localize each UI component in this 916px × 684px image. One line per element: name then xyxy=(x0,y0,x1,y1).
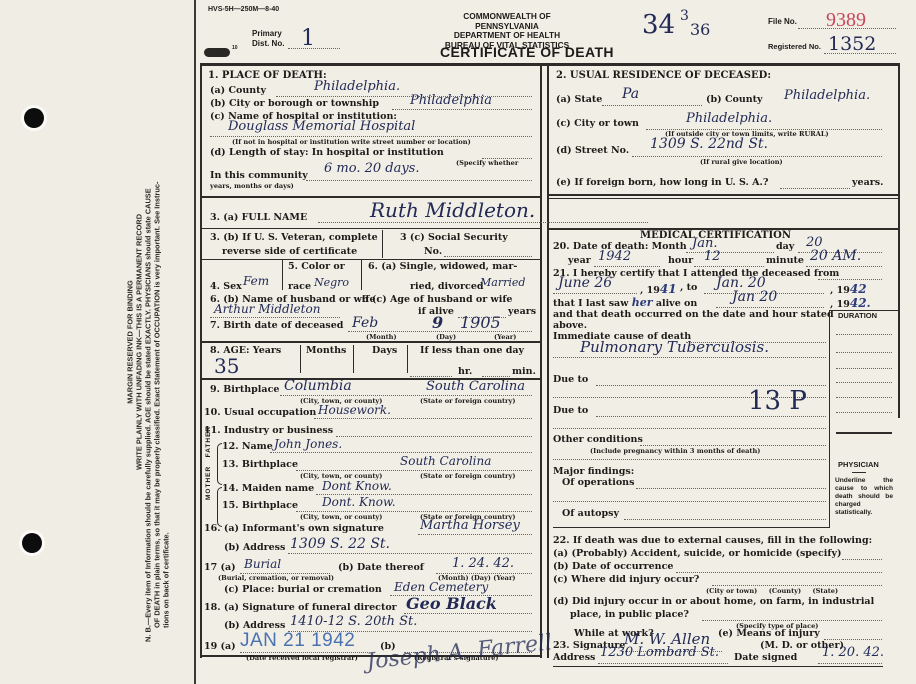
mother-maiden-value: Dont Know. xyxy=(322,479,392,493)
less-than-day-label: If less than one day xyxy=(420,345,524,356)
immediate-cause-value: Pulmonary Tuberculosis. xyxy=(580,338,769,356)
mother-birthplace-value: Dont. Know. xyxy=(322,495,396,509)
death-hour-value: 12 xyxy=(704,249,721,264)
street-label: (d) Street No. xyxy=(556,145,629,156)
specify-note: (Specify whether xyxy=(456,159,518,167)
binding-margin: MARGIN RESERVED FOR BINDING WRITE PLAINL… xyxy=(0,0,196,684)
death-city-value: Philadelphia xyxy=(410,93,492,108)
informant-signature-value: Martha Horsey xyxy=(420,518,520,533)
external-a-label: (a) (Probably) Accident, suicide, or hom… xyxy=(553,548,841,559)
from-year-group: , 1941 xyxy=(640,282,677,296)
primary-label: Primary xyxy=(252,29,282,38)
informant-signature-label: 16. (a) Informant's own signature xyxy=(204,523,384,534)
due-to-2-value: 13 P xyxy=(748,386,807,416)
spouse-age-label: 6 (c) Age of husband or wife xyxy=(362,294,512,305)
ssn-label: 3 (c) Social Security xyxy=(400,232,508,243)
handwritten-code-sub: 36 xyxy=(690,20,710,39)
registrar-date-note: (Date received local registrar) xyxy=(246,654,358,662)
birthplace-label: 9. Birthplace xyxy=(210,384,279,395)
burial-place-label: (c) Place: burial or cremation xyxy=(224,584,382,595)
date-signed-value: 1. 20. 42. xyxy=(822,645,884,660)
marital-label: 6. (a) Single, widowed, mar- xyxy=(368,261,517,272)
physician-address-value: 1230 Lombard St. xyxy=(600,645,719,660)
union-mark: 10 xyxy=(232,45,238,51)
occupation-label: 10. Usual occupation xyxy=(204,407,316,418)
father-birthplace-label: 13. Birthplace xyxy=(222,459,298,470)
full-name-label: 3. (a) FULL NAME xyxy=(210,212,307,223)
full-name-value: Ruth Middleton. xyxy=(370,198,535,222)
day-note: (Day) xyxy=(436,333,456,341)
min-label: min. xyxy=(512,366,536,377)
informant-address-label: (b) Address xyxy=(224,542,285,553)
burial-date-label: (b) Date thereof xyxy=(338,562,424,573)
community-label: In this community xyxy=(210,170,308,181)
spouse-years-label: years xyxy=(508,306,536,317)
parents-side-label: MOTHER FATHER xyxy=(205,426,212,500)
external-c-label: (c) Where did injury occur? xyxy=(553,574,699,585)
foreign-born-label: (e) If foreign born, how long in U. S. A… xyxy=(556,177,768,188)
file-no-label: File No. xyxy=(768,17,797,26)
minute-label: minute xyxy=(766,255,804,266)
month-note: (Month) xyxy=(366,333,397,341)
margin-line-2: WRITE PLAINLY WITH UNFADING INK—THIS IS … xyxy=(135,42,144,642)
residence-state-label: (a) State xyxy=(556,94,602,105)
document-title: CERTIFICATE OF DEATH xyxy=(440,44,614,60)
funeral-director-value: Geo Black xyxy=(406,594,497,613)
ssn-no-label: No. xyxy=(424,246,442,257)
burial-date-value: 1. 24. 42. xyxy=(452,556,514,571)
sex-label: 4. Sex xyxy=(210,281,242,292)
margin-line-5: tions on back of certificate. xyxy=(162,42,171,642)
external-causes-heading: 22. If death was due to external causes,… xyxy=(553,535,872,546)
registrar-signature: Joseph A. Farrell xyxy=(365,630,553,674)
age-days-label: Days xyxy=(372,345,397,356)
means-of-injury-label: (e) Means of injury xyxy=(718,628,820,639)
marital-value: Married xyxy=(480,276,525,289)
residence-heading: 2. USUAL RESIDENCE OF DECEASED: xyxy=(556,70,771,81)
external-d-label-2: place, in public place? xyxy=(570,609,689,620)
birth-year-value: 1905 xyxy=(460,313,501,332)
hospital-value: Douglass Memorial Hospital xyxy=(228,119,415,134)
burial-place-value: Eden Cemetery xyxy=(394,580,488,594)
death-certificate: MARGIN RESERVED FOR BINDING WRITE PLAINL… xyxy=(0,0,916,684)
mother-maiden-label: 14. Maiden name xyxy=(222,483,314,494)
margin-line-3: N. B.—Every item of Information should b… xyxy=(144,42,153,642)
operations-label: Of operations xyxy=(562,477,634,488)
spouse-name-value: Arthur Middleton xyxy=(214,302,320,316)
birth-day-value: 9 xyxy=(432,313,443,332)
father-birthplace-state-value: South Carolina xyxy=(400,454,491,468)
duration-label: DURATION xyxy=(838,311,877,320)
due-to-2-label: Due to xyxy=(553,405,588,416)
external-d-label: (d) Did injury occur in or about home, o… xyxy=(553,596,874,607)
units-note: years, months or days) xyxy=(210,182,294,190)
form-code: HVS-5H—250M—8-40 xyxy=(208,6,279,13)
punch-hole-bottom xyxy=(22,533,42,553)
registrar-date-label: 19 (a) xyxy=(204,641,236,652)
death-city-label: (b) City or borough or township xyxy=(210,98,379,109)
residence-city-value: Philadelphia. xyxy=(686,111,772,126)
age-months-label: Months xyxy=(306,345,346,356)
registrar-date-stamp: JAN 21 1942 xyxy=(240,630,355,652)
handwritten-code: 34 xyxy=(642,10,675,40)
registered-no-label: Registered No. xyxy=(768,42,821,51)
external-b-label: (b) Date of occurrence xyxy=(553,561,673,572)
last-saw-year-group: , 1942. xyxy=(830,296,871,310)
informant-address-value: 1309 S. 22 St. xyxy=(290,536,390,552)
day-label: day xyxy=(776,241,794,252)
funeral-director-label: 18. (a) Signature of funeral director xyxy=(204,602,397,613)
veteran-label-2: reverse side of certificate xyxy=(222,246,357,257)
to-year-group: , 1942 xyxy=(830,282,867,296)
community-value: 6 mo. 20 days. xyxy=(324,161,420,176)
birthplace-state-value: South Carolina xyxy=(426,379,525,394)
external-c-note: (City or town) (County) (State) xyxy=(706,587,838,595)
residence-county-label: (b) County xyxy=(706,94,763,105)
authority-line-1: COMMONWEALTH OF PENNSYLVANIA xyxy=(432,12,582,31)
death-minute-value: 20 AM. xyxy=(810,248,861,264)
burial-type-note: (Burial, cremation, or removal) xyxy=(218,574,334,582)
above-label: above. xyxy=(553,320,587,331)
director-address-value: 1410-12 S. 20th St. xyxy=(290,614,417,629)
father-state-note: (State or foreign country) xyxy=(420,472,515,480)
hour-label: hour xyxy=(668,255,693,266)
last-saw-group: that I last saw her alive on xyxy=(553,296,697,309)
mother-birthplace-label: 15. Birthplace xyxy=(222,500,298,511)
sex-value: Fem xyxy=(243,274,269,288)
residence-county-value: Philadelphia. xyxy=(784,88,870,103)
birth-month-value: Feb xyxy=(352,315,378,331)
attended-from-value: June 26 xyxy=(558,275,612,291)
physician-address-label: Address xyxy=(553,652,595,663)
other-conditions-label: Other conditions xyxy=(553,434,643,445)
color-label: 5. Color or xyxy=(288,261,345,272)
age-years-value: 35 xyxy=(214,354,239,378)
certificate-header: HVS-5H—250M—8-40 Primary Dist. No. 1 10 … xyxy=(200,0,916,63)
margin-line-1: MARGIN RESERVED FOR BINDING xyxy=(126,42,135,642)
physician-note: Underline the cause to which death shoul… xyxy=(835,477,893,517)
death-county-value: Philadelphia. xyxy=(314,79,400,94)
dist-no-label: Dist. No. xyxy=(252,39,284,48)
handwritten-code-sup: 3 xyxy=(680,8,689,24)
year-note: (Year) xyxy=(494,333,516,341)
due-to-1-label: Due to xyxy=(553,374,588,385)
punch-hole-top xyxy=(24,108,44,128)
street-value: 1309 S. 22nd St. xyxy=(650,136,768,152)
death-year-value: 1942 xyxy=(598,249,631,264)
dist-no-value: 1 xyxy=(301,26,315,51)
divorced-label: ried, divorced xyxy=(410,281,484,292)
file-no-value: 9389 xyxy=(826,9,866,32)
race-value: Negro xyxy=(314,276,349,289)
year-label: year xyxy=(568,255,591,266)
occupation-value: Housework. xyxy=(318,403,391,417)
physician-heading: PHYSICIAN xyxy=(838,460,879,469)
mother-city-note: (City, town, or county) xyxy=(300,513,382,521)
birthplace-state-note: (State or foreign country) xyxy=(420,397,515,405)
residence-state-value: Pa xyxy=(622,86,639,102)
union-label-icon xyxy=(204,48,230,57)
birthplace-city-value: Columbia xyxy=(284,378,352,394)
major-findings-label: Major findings: xyxy=(553,466,634,477)
hospital-note: (If not in hospital or institution write… xyxy=(232,138,471,146)
stay-label: (d) Length of stay: In hospital or insti… xyxy=(210,147,444,158)
industry-label: 11. Industry or business xyxy=(204,425,333,436)
hr-label: hr. xyxy=(458,366,472,377)
death-county-label: (a) County xyxy=(210,85,266,96)
autopsy-label: Of autopsy xyxy=(562,508,619,519)
margin-line-4: OF DEATH in plain terms, so that it may … xyxy=(153,42,162,642)
father-name-value: John Jones. xyxy=(274,437,342,451)
to-label: , to xyxy=(680,282,697,293)
other-conditions-note: (Include pregnancy within 3 months of de… xyxy=(590,447,760,455)
veteran-label: 3. (b) If U. S. Veteran, complete xyxy=(210,232,378,243)
occurred-label: and that death occurred on the date and … xyxy=(553,309,834,320)
date-signed-label: Date signed xyxy=(734,652,797,663)
residence-city-label: (c) City or town xyxy=(556,118,639,129)
street-note: (If rural give location) xyxy=(700,158,783,166)
last-saw-date-value: Jan 20 xyxy=(732,289,777,305)
foreign-years-label: years. xyxy=(852,177,883,188)
place-of-death-heading: 1. PLACE OF DEATH: xyxy=(208,70,327,81)
birth-date-label: 7. Birth date of deceased xyxy=(210,320,343,331)
burial-type-label: 17 (a) xyxy=(204,562,236,573)
margin-instructions: MARGIN RESERVED FOR BINDING WRITE PLAINL… xyxy=(126,42,171,642)
race-label: race xyxy=(288,281,311,292)
father-name-label: 12. Name xyxy=(222,441,273,452)
registrar-sig-note: (Registrar's signature) xyxy=(414,654,498,662)
registered-no-value: 1352 xyxy=(828,33,876,55)
burial-type-value: Burial xyxy=(244,557,281,571)
